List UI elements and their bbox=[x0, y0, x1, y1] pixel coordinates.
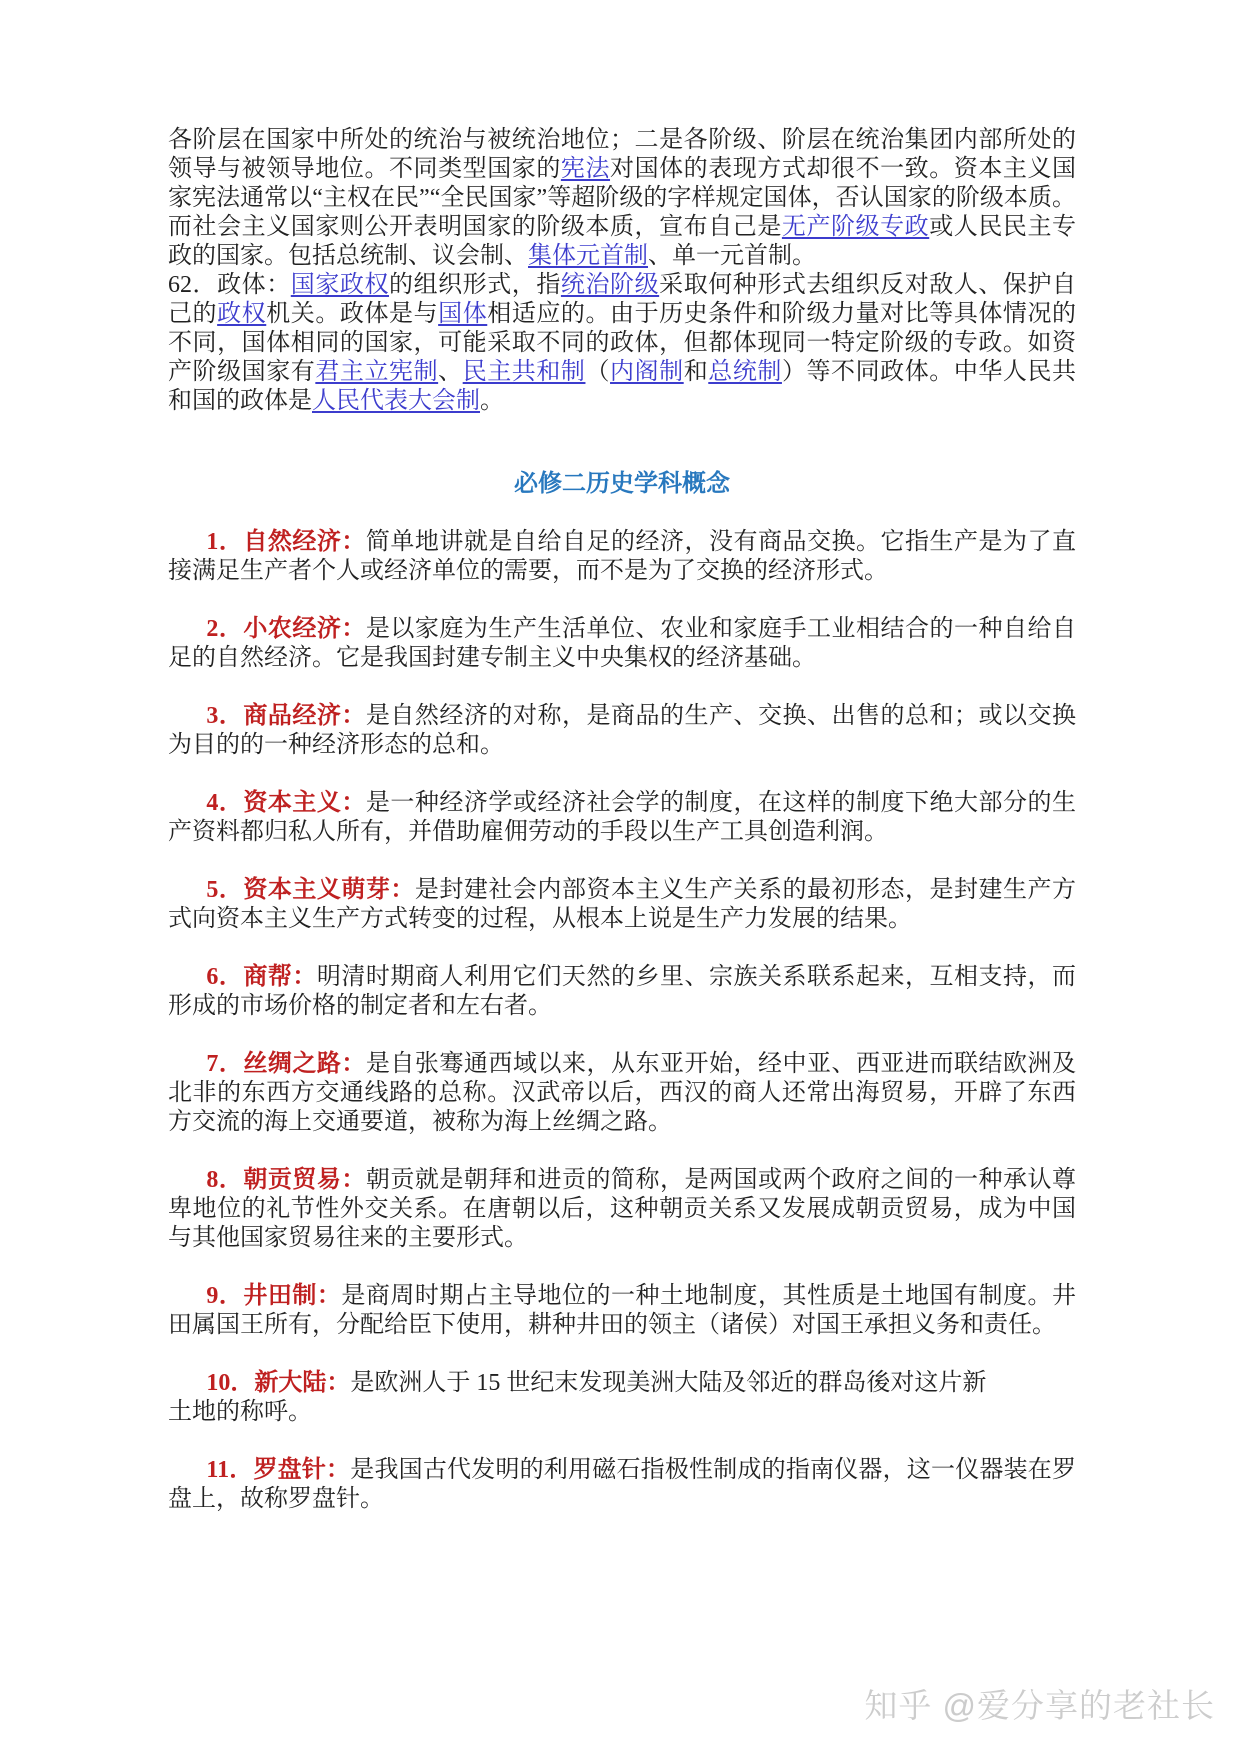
concept-term: 8．朝贡贸易： bbox=[206, 1167, 366, 1193]
inline-link[interactable]: 无产阶级专政 bbox=[782, 214, 929, 240]
concept-term: 9．井田制： bbox=[206, 1283, 341, 1309]
concept-item-8: 8．朝贡贸易：朝贡就是朝拜和进贡的简称，是两国或两个政府之间的一种承认尊卑地位的… bbox=[168, 1166, 1076, 1253]
concept-item-11: 11．罗盘针：是我国古代发明的利用磁石指极性制成的指南仪器，这一仪器装在罗盘上，… bbox=[168, 1456, 1076, 1514]
inline-link[interactable]: 宪法 bbox=[561, 156, 610, 182]
concept-item-4: 4．资本主义：是一种经济学或经济社会学的制度，在这样的制度下绝大部分的生产资料都… bbox=[168, 789, 1076, 847]
concept-term: 3．商品经济： bbox=[206, 703, 366, 729]
document-content: 各阶层在国家中所处的统治与被统治地位；二是各阶级、阶层在统治集团内部所处的领导与… bbox=[168, 126, 1076, 1514]
paragraph-text: 。 bbox=[480, 388, 504, 414]
concept-term: 6．商帮： bbox=[206, 964, 317, 990]
zhihu-watermark: 知乎 @爱分享的老社长 bbox=[864, 1686, 1215, 1726]
inline-link[interactable]: 国家政权 bbox=[291, 272, 389, 298]
state-system-paragraph: 各阶层在国家中所处的统治与被统治地位；二是各阶级、阶层在统治集团内部所处的领导与… bbox=[168, 126, 1076, 271]
paragraph-text: 和 bbox=[684, 359, 709, 385]
concept-item-9: 9．井田制：是商周时期占主导地位的一种土地制度，其性质是土地国有制度。井田属国王… bbox=[168, 1282, 1076, 1340]
concept-term: 7．丝绸之路： bbox=[206, 1051, 366, 1077]
section-heading: 必修二历史学科概念 bbox=[168, 470, 1076, 499]
concept-term: 11．罗盘针： bbox=[206, 1457, 350, 1483]
concept-item-1: 1．自然经济：简单地讲就是自给自足的经济，没有商品交换。它指生产是为了直接满足生… bbox=[168, 528, 1076, 586]
concept-item-5: 5．资本主义萌芽：是封建社会内部资本主义生产关系的最初形态，是封建生产方式向资本… bbox=[168, 876, 1076, 934]
paragraph-text: 机关。政体是与 bbox=[266, 301, 438, 327]
paragraph-text: 、单一元首制。 bbox=[648, 243, 816, 269]
concept-term: 2．小农经济： bbox=[206, 616, 366, 642]
inline-link[interactable]: 君主立宪制 bbox=[315, 359, 438, 385]
concept-term: 1．自然经济： bbox=[206, 529, 366, 555]
concept-term: 5．资本主义萌芽： bbox=[206, 877, 415, 903]
inline-link[interactable]: 内阁制 bbox=[610, 359, 684, 385]
inline-link[interactable]: 总统制 bbox=[708, 359, 782, 385]
item-62-polity-paragraph: 62．政体：国家政权的组织形式，指统治阶级采取何种形式去组织反对敌人、保护自己的… bbox=[168, 271, 1076, 416]
concept-item-3: 3．商品经济：是自然经济的对称，是商品的生产、交换、出售的总和；或以交换为目的的… bbox=[168, 702, 1076, 760]
concept-list: 1．自然经济：简单地讲就是自给自足的经济，没有商品交换。它指生产是为了直接满足生… bbox=[168, 528, 1076, 1514]
inline-link[interactable]: 政权 bbox=[217, 301, 266, 327]
concept-item-2: 2．小农经济：是以家庭为生产生活单位、农业和家庭手工业相结合的一种自给自足的自然… bbox=[168, 615, 1076, 673]
concept-item-6: 6．商帮：明清时期商人利用它们天然的乡里、宗族关系联系起来，互相支持，而形成的市… bbox=[168, 963, 1076, 1021]
inline-link[interactable]: 统治阶级 bbox=[561, 272, 659, 298]
paragraph-text: （ bbox=[585, 359, 610, 385]
paragraph-text: 、 bbox=[438, 359, 463, 385]
inline-link[interactable]: 国体 bbox=[438, 301, 487, 327]
concept-item-7: 7．丝绸之路：是自张骞通西域以来，从东亚开始，经中亚、西亚进而联结欧洲及北非的东… bbox=[168, 1050, 1076, 1137]
inline-link[interactable]: 集体元首制 bbox=[528, 243, 648, 269]
paragraph-text: 62．政体： bbox=[168, 272, 291, 298]
concept-term: 10．新大陆： bbox=[206, 1370, 350, 1396]
concept-term: 4．资本主义： bbox=[206, 790, 366, 816]
intro-paragraphs: 各阶层在国家中所处的统治与被统治地位；二是各阶级、阶层在统治集团内部所处的领导与… bbox=[168, 126, 1076, 416]
paragraph-text: 的组织形式，指 bbox=[389, 272, 561, 298]
concept-item-10: 10．新大陆：是欧洲人于 15 世纪末发现美洲大陆及邻近的群岛後对这片新土地的称… bbox=[168, 1369, 1076, 1427]
inline-link[interactable]: 人民代表大会制 bbox=[312, 388, 480, 414]
inline-link[interactable]: 民主共和制 bbox=[463, 359, 586, 385]
